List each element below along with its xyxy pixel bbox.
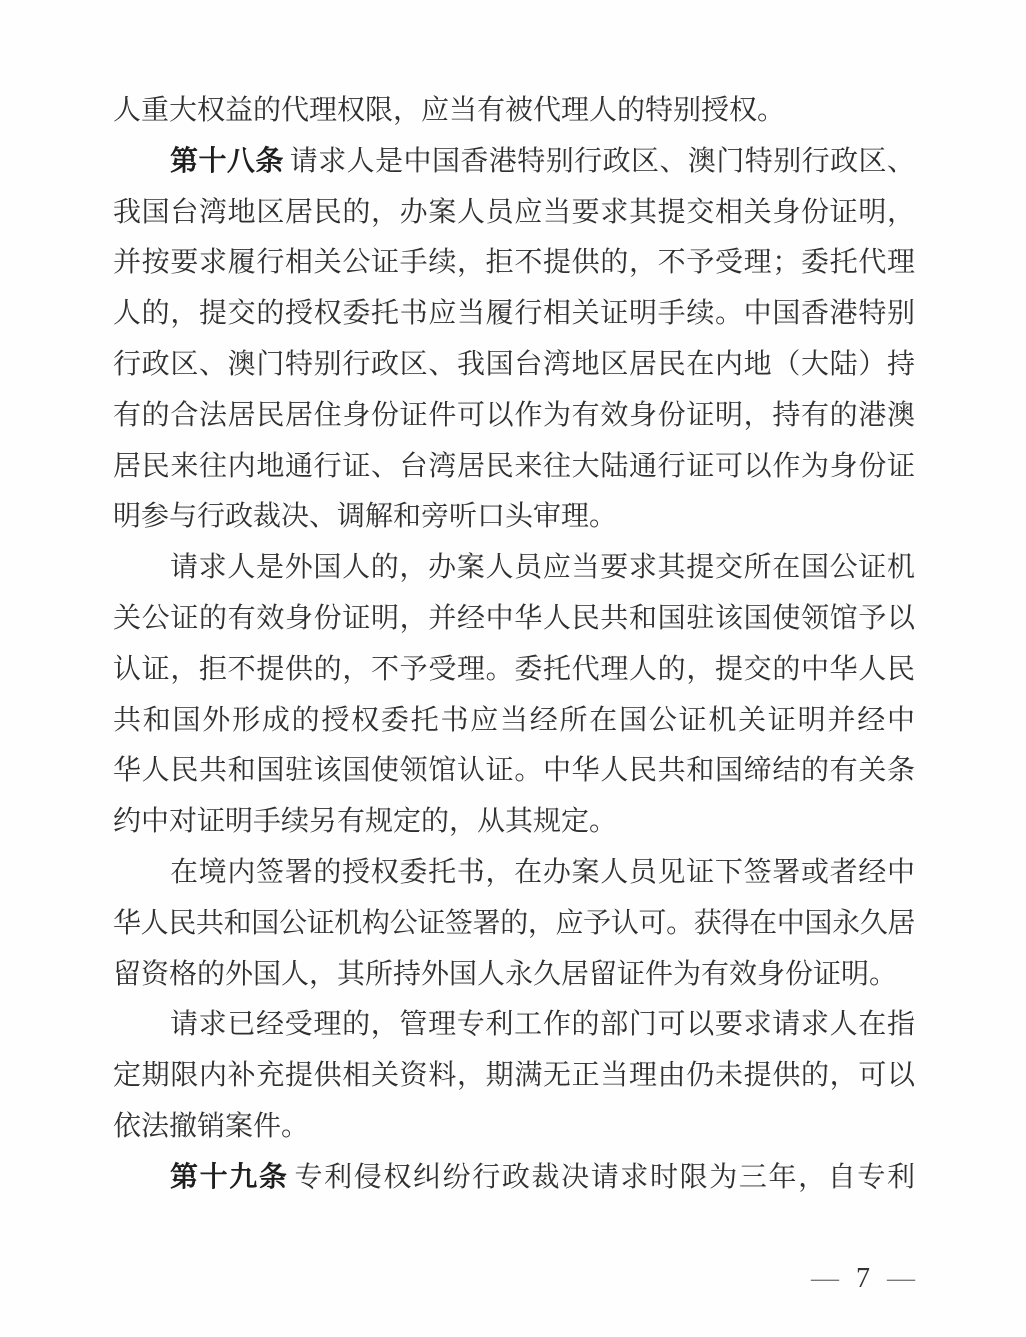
line-text: 并按要求履行相关公证手续，拒不提供的，不予受理；委托代理 [113,247,915,278]
paragraph-article-19: 第十九条专利侵权纠纷行政裁决请求时限为三年，自专利 [113,1153,915,1204]
text-line: 共和国外形成的授权委托书应当经所在国公证机关证明并经中 [113,696,915,747]
line-text: 明参与行政裁决、调解和旁听口头审理。 [113,501,617,532]
text-line: 我国台湾地区居民的，办案人员应当要求其提交相关身份证明， [113,188,915,239]
line-text: 人重大权益的代理权限，应当有被代理人的特别授权。 [113,95,785,126]
line-text: 定期限内补充提供相关资料，期满无正当理由仍未提供的，可以 [113,1060,915,1091]
text-line: 依法撤销案件。 [113,1102,915,1153]
line-text: 依法撤销案件。 [113,1111,309,1142]
line-text: 请求人是中国香港特别行政区、澳门特别行政区、 [290,146,915,177]
line-text: 在境内签署的授权委托书，在办案人员见证下签署或者经中 [170,857,915,888]
text-line: 在境内签署的授权委托书，在办案人员见证下签署或者经中 [113,848,915,899]
text-line: 定期限内补充提供相关资料，期满无正当理由仍未提供的，可以 [113,1051,915,1102]
text-line: 有的合法居民居住身份证件可以作为有效身份证明，持有的港澳 [113,391,915,442]
page-number-dash-left: — [811,1263,839,1294]
line-text: 居民来往内地通行证、台湾居民来往大陆通行证可以作为身份证 [113,451,915,482]
text-line: 人重大权益的代理权限，应当有被代理人的特别授权。 [113,86,915,137]
line-text: 约中对证明手续另有规定的，从其规定。 [113,806,617,837]
text-line: 人的，提交的授权委托书应当履行相关证明手续。中国香港特别 [113,289,915,340]
text-line: 行政区、澳门特别行政区、我国台湾地区居民在内地（大陆）持 [113,340,915,391]
line-text: 我国台湾地区居民的，办案人员应当要求其提交相关身份证明， [113,197,915,228]
line-text: 专利侵权纠纷行政裁决请求时限为三年，自专利 [295,1162,915,1193]
paragraph-domestic-signing: 在境内签署的授权委托书，在办案人员见证下签署或者经中华人民共和国公证机构公证签署… [113,848,915,1000]
text-line: 第十九条专利侵权纠纷行政裁决请求时限为三年，自专利 [113,1153,915,1204]
line-text: 共和国外形成的授权委托书应当经所在国公证机关证明并经中 [113,705,915,736]
paragraph-article-18: 第十八条请求人是中国香港特别行政区、澳门特别行政区、我国台湾地区居民的，办案人员… [113,137,915,543]
line-text: 行政区、澳门特别行政区、我国台湾地区居民在内地（大陆）持 [113,349,915,380]
line-text: 认证，拒不提供的，不予受理。委托代理人的，提交的中华人民 [113,654,915,685]
text-line: 华人民共和国驻该国使领馆认证。中华人民共和国缔结的有关条 [113,746,915,797]
paragraph-continuation: 人重大权益的代理权限，应当有被代理人的特别授权。 [113,86,915,137]
article-number-label: 第十九条 [170,1162,289,1193]
line-text: 请求已经受理的，管理专利工作的部门可以要求请求人在指 [170,1009,915,1040]
text-line: 请求人是外国人的，办案人员应当要求其提交所在国公证机 [113,543,915,594]
page-number-value: 7 [856,1263,870,1294]
text-line: 留资格的外国人，其所持外国人永久居留证件为有效身份证明。 [113,950,915,1001]
article-number-label: 第十八条 [170,146,284,177]
line-text: 关公证的有效身份证明，并经中华人民共和国驻该国使领馆予以 [113,603,915,634]
text-line: 华人民共和国公证机构公证签署的，应予认可。获得在中国永久居 [113,899,915,950]
text-line: 明参与行政裁决、调解和旁听口头审理。 [113,492,915,543]
page-number: — 7 — [811,1262,915,1296]
document-page: 人重大权益的代理权限，应当有被代理人的特别授权。第十八条请求人是中国香港特别行政… [0,0,1026,1337]
line-text: 请求人是外国人的，办案人员应当要求其提交所在国公证机 [170,552,915,583]
text-line: 并按要求履行相关公证手续，拒不提供的，不予受理；委托代理 [113,238,915,289]
line-text: 留资格的外国人，其所持外国人永久居留证件为有效身份证明。 [113,959,897,990]
line-text: 人的，提交的授权委托书应当履行相关证明手续。中国香港特别 [113,298,915,329]
text-line: 第十八条请求人是中国香港特别行政区、澳门特别行政区、 [113,137,915,188]
text-line: 关公证的有效身份证明，并经中华人民共和国驻该国使领馆予以 [113,594,915,645]
text-line: 约中对证明手续另有规定的，从其规定。 [113,797,915,848]
document-text-block: 人重大权益的代理权限，应当有被代理人的特别授权。第十八条请求人是中国香港特别行政… [113,86,915,1204]
line-text: 华人民共和国驻该国使领馆认证。中华人民共和国缔结的有关条 [113,755,915,786]
text-line: 请求已经受理的，管理专利工作的部门可以要求请求人在指 [113,1000,915,1051]
line-text: 华人民共和国公证机构公证签署的，应予认可。获得在中国永久居 [113,908,915,939]
page-number-dash-right: — [887,1263,915,1294]
line-text: 有的合法居民居住身份证件可以作为有效身份证明，持有的港澳 [113,400,915,431]
text-line: 认证，拒不提供的，不予受理。委托代理人的，提交的中华人民 [113,645,915,696]
paragraph-supplement-materials: 请求已经受理的，管理专利工作的部门可以要求请求人在指定期限内补充提供相关资料，期… [113,1000,915,1152]
paragraph-foreign-requester: 请求人是外国人的，办案人员应当要求其提交所在国公证机关公证的有效身份证明，并经中… [113,543,915,848]
text-line: 居民来往内地通行证、台湾居民来往大陆通行证可以作为身份证 [113,442,915,493]
